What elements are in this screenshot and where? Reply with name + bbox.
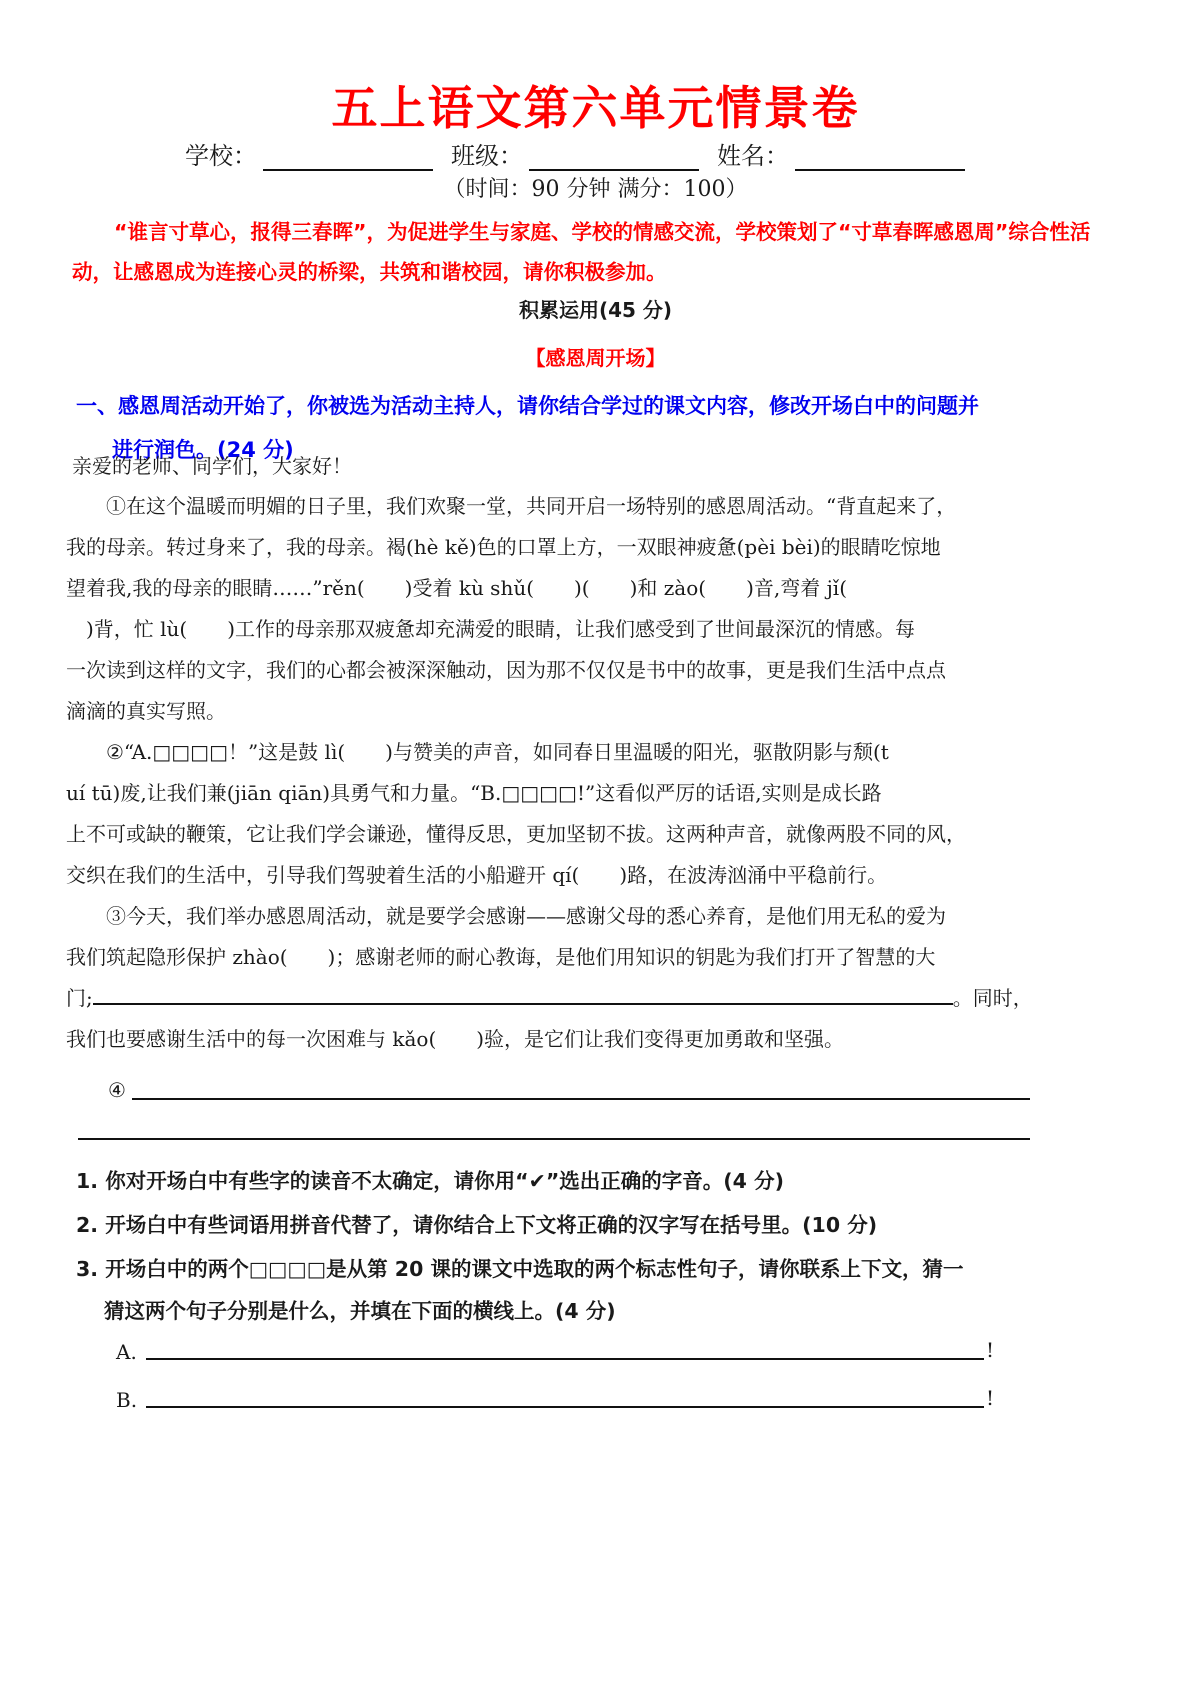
speech-p2-line: uí tū)废,让我们兼(jiān qiān)具勇气和力量。“B.□□□□!”这… [66, 777, 882, 806]
answer-b-line[interactable] [146, 1406, 984, 1408]
speech-p3-line: 我们筑起隐形保护 zhào( )；感谢老师的耐心教诲，是他们用知识的钥匙为我们打… [66, 941, 935, 970]
time-score-info: （时间：90 分钟 满分：100） [0, 172, 1191, 203]
speech-p1-line: 一次读到这样的文字，我们的心都会被深深触动，因为那不仅仅是书中的故事，更是我们生… [66, 654, 946, 683]
blank-prefix: 门; [66, 986, 93, 1010]
question-1-line1: 一、感恩周活动开始了，你被选为活动主持人，请你结合学过的课文内容，修改开场白中的… [76, 394, 979, 418]
class-label: 班级： [451, 136, 523, 171]
exam-page: 五上语文第六单元情景卷 学校： 班级： 姓名： （时间：90 分钟 满分：100… [0, 0, 1191, 1684]
section-title: 积累运用(45 分) [0, 294, 1191, 323]
subquestion-3: 3. 开场白中的两个□□□□是从第 20 课的课文中选取的两个标志性句子，请你联… [76, 1252, 963, 1282]
p4-marker: ④ [108, 1078, 126, 1102]
speech-p3-blank-line: 门;。同时， [66, 982, 1033, 1011]
subquestion-1: 1. 你对开场白中有些字的读音不太确定，请你用“✔”选出正确的字音。(4 分) [76, 1164, 784, 1194]
p3-fill-in-blank[interactable] [93, 985, 953, 1005]
student-info-row: 学校： 班级： 姓名： [185, 136, 983, 171]
name-label: 姓名： [717, 136, 789, 171]
p4-answer-line-2[interactable] [78, 1138, 1030, 1140]
name-field[interactable] [795, 149, 965, 171]
speech-p2-line: ②“A.□□□□！”这是鼓 lì( )与赞美的声音，如同春日里温暖的阳光，驱散阴… [106, 736, 889, 765]
speech-greeting: 亲爱的老师、同学们，大家好！ [72, 450, 352, 479]
answer-b-label: B. [116, 1388, 137, 1412]
exam-title: 五上语文第六单元情景卷 [0, 72, 1191, 138]
subquestion-3-cont: 猜这两个句子分别是什么，并填在下面的横线上。(4 分) [104, 1294, 616, 1324]
speech-p1-line: ①在这个温暖而明媚的日子里，我们欢聚一堂，共同开启一场特别的感恩周活动。“背直起… [106, 490, 956, 519]
answer-b-end: ! [986, 1386, 994, 1410]
speech-p1-line: 滴滴的真实写照。 [66, 695, 226, 724]
speech-p3-line: 我们也要感谢生活中的每一次困难与 kǎo( )验，是它们让我们变得更加勇敢和坚强… [66, 1023, 844, 1052]
speech-p1-line: )背，忙 lù( )工作的母亲那双疲惫却充满爱的眼睛，让我们感受到了世间最深沉的… [66, 613, 915, 642]
subquestion-2: 2. 开场白中有些词语用拼音代替了，请你结合上下文将正确的汉字写在括号里。(10… [76, 1208, 877, 1238]
speech-p1-line: 望着我,我的母亲的眼睛……”rěn( )受着 kù shǔ( )( )和 zào… [66, 572, 847, 601]
blank-suffix: 。同时， [953, 986, 1033, 1010]
answer-a-label: A. [116, 1340, 137, 1364]
speech-p1-line: 我的母亲。转过身来了，我的母亲。褐(hè kě)色的口罩上方，一双眼神疲惫(pè… [66, 531, 941, 560]
section-subtitle: 【感恩周开场】 [0, 342, 1191, 371]
intro-paragraph: “谁言寸草心，报得三春晖”，为促进学生与家庭、学校的情感交流，学校策划了“寸草春… [72, 212, 1122, 292]
school-field[interactable] [263, 149, 433, 171]
speech-p2-line: 交织在我们的生活中，引导我们驾驶着生活的小船避开 qí( )路，在波涛汹涌中平稳… [66, 859, 887, 888]
answer-a-line[interactable] [146, 1358, 984, 1360]
answer-a-end: ! [986, 1338, 994, 1362]
speech-p3-line: ③今天，我们举办感恩周活动，就是要学会感谢——感谢父母的悉心养育，是他们用无私的… [106, 900, 946, 929]
speech-p2-line: 上不可或缺的鞭策，它让我们学会谦逊，懂得反思，更加坚韧不拔。这两种声音，就像两股… [66, 818, 966, 847]
class-field[interactable] [529, 149, 699, 171]
school-label: 学校： [185, 136, 257, 171]
p4-answer-line-1[interactable] [132, 1098, 1030, 1100]
